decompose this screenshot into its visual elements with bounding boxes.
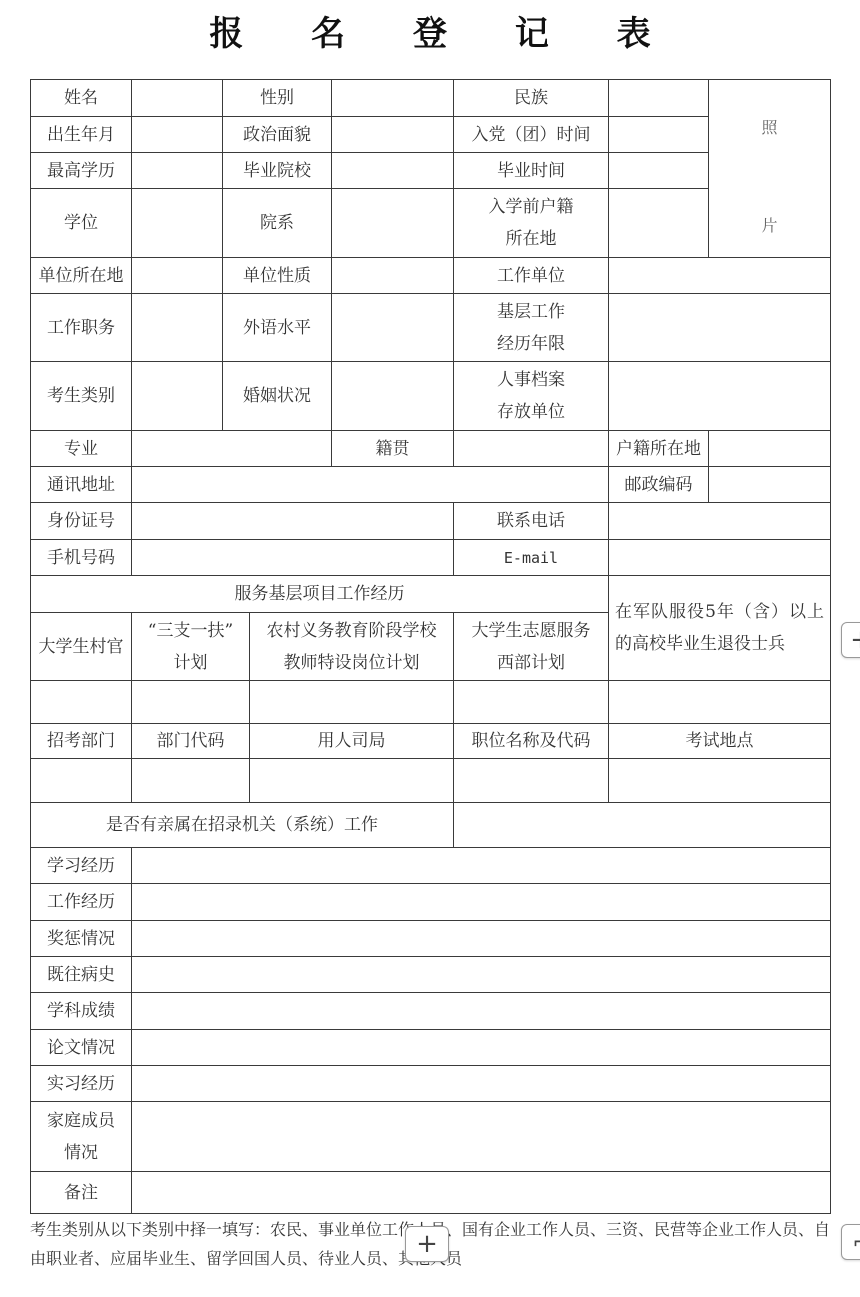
papers-field[interactable] [131, 1029, 831, 1066]
label-address: 通讯地址 [30, 466, 132, 503]
add-button[interactable]: + [405, 1226, 449, 1262]
work-unit-field[interactable] [608, 257, 831, 294]
label-papers: 论文情况 [30, 1029, 132, 1066]
gender-field[interactable] [331, 79, 454, 117]
school-field[interactable] [331, 152, 454, 189]
label-study-history: 学习经历 [30, 847, 132, 884]
medical-history-field[interactable] [131, 956, 831, 993]
label-pre-hukou: 入学前户籍 所在地 [453, 188, 609, 258]
label-work-history: 工作经历 [30, 883, 132, 921]
three-supports-field[interactable] [131, 680, 250, 724]
relatives-field[interactable] [453, 802, 831, 848]
unit-location-field[interactable] [131, 257, 223, 294]
rural-teacher-field[interactable] [249, 680, 454, 724]
position-field[interactable] [131, 293, 223, 362]
address-field[interactable] [131, 466, 609, 503]
label-gender: 性别 [222, 79, 332, 117]
label-three-supports: “三支一扶” 计划 [131, 612, 250, 681]
label-exam-location: 考试地点 [608, 723, 831, 759]
label-hiring-bureau: 用人司局 [249, 723, 454, 759]
party-time-field[interactable] [608, 116, 709, 153]
language-field[interactable] [331, 293, 454, 362]
label-remarks: 备注 [30, 1171, 132, 1214]
label-mobile: 手机号码 [30, 539, 132, 576]
remarks-field[interactable] [131, 1171, 831, 1214]
study-history-field[interactable] [131, 847, 831, 884]
label-grassroots-years: 基层工作 经历年限 [453, 293, 609, 362]
name-field[interactable] [131, 79, 223, 117]
western-volunteer-field[interactable] [453, 680, 609, 724]
label-name: 姓名 [30, 79, 132, 117]
add-row-button[interactable]: + [841, 622, 860, 658]
label-archive-unit: 人事档案 存放单位 [453, 361, 609, 431]
label-postcode: 邮政编码 [608, 466, 709, 503]
label-party-time: 入党（团）时间 [453, 116, 609, 153]
label-major: 专业 [30, 430, 132, 467]
photo-box[interactable]: 照 片 [708, 79, 831, 258]
label-marital: 婚姻状况 [222, 361, 332, 431]
birth-field[interactable] [131, 116, 223, 153]
label-family: 家庭成员 情况 [30, 1101, 132, 1172]
label-dept-code: 部门代码 [131, 723, 250, 759]
label-email: E-mail [453, 539, 609, 576]
label-rewards: 奖惩情况 [30, 920, 132, 957]
label-contact-phone: 联系电话 [453, 502, 609, 540]
label-ethnicity: 民族 [453, 79, 609, 117]
postcode-field[interactable] [708, 466, 831, 503]
service-experience-header: 服务基层项目工作经历 [30, 575, 609, 613]
label-department: 院系 [222, 188, 332, 258]
label-medical-history: 既往病史 [30, 956, 132, 993]
marital-field[interactable] [331, 361, 454, 431]
label-unit-location: 单位所在地 [30, 257, 132, 294]
label-village-official: 大学生村官 [30, 612, 132, 681]
hukou-location-field[interactable] [708, 430, 831, 467]
label-rural-teacher: 农村义务教育阶段学校 教师特设岗位计划 [249, 612, 454, 681]
mobile-field[interactable] [131, 539, 454, 576]
label-hukou-location: 户籍所在地 [608, 430, 709, 467]
position-code-field[interactable] [453, 758, 609, 803]
photo-label-top: 照 [709, 112, 830, 144]
label-language: 外语水平 [222, 293, 332, 362]
candidate-type-field[interactable] [131, 361, 223, 431]
work-history-field[interactable] [131, 883, 831, 921]
dept-code-field[interactable] [131, 758, 250, 803]
label-id-number: 身份证号 [30, 502, 132, 540]
internship-field[interactable] [131, 1065, 831, 1102]
education-field[interactable] [131, 152, 223, 189]
label-military-veteran: 在军队服役5年（含）以上的高校毕业生退役士兵 [608, 575, 831, 681]
label-degree: 学位 [30, 188, 132, 258]
native-place-field[interactable] [453, 430, 609, 467]
grades-field[interactable] [131, 992, 831, 1030]
label-native-place: 籍贯 [331, 430, 454, 467]
label-birth: 出生年月 [30, 116, 132, 153]
label-political: 政治面貌 [222, 116, 332, 153]
label-recruit-dept: 招考部门 [30, 723, 132, 759]
id-number-field[interactable] [131, 502, 454, 540]
unit-nature-field[interactable] [331, 257, 454, 294]
grad-time-field[interactable] [608, 152, 709, 189]
village-official-field[interactable] [30, 680, 132, 724]
photo-label-bottom: 片 [709, 210, 830, 242]
label-work-unit: 工作单位 [453, 257, 609, 294]
label-unit-nature: 单位性质 [222, 257, 332, 294]
label-position-code: 职位名称及代码 [453, 723, 609, 759]
ethnicity-field[interactable] [608, 79, 709, 117]
label-western-volunteer: 大学生志愿服务 西部计划 [453, 612, 609, 681]
label-relatives: 是否有亲属在招录机关（系统）工作 [30, 802, 454, 848]
label-internship: 实习经历 [30, 1065, 132, 1102]
email-field[interactable] [608, 539, 831, 576]
major-field[interactable] [131, 430, 332, 467]
label-candidate-type: 考生类别 [30, 361, 132, 431]
contact-phone-field[interactable] [608, 502, 831, 540]
political-field[interactable] [331, 116, 454, 153]
exam-location-field[interactable] [608, 758, 831, 803]
label-grad-time: 毕业时间 [453, 152, 609, 189]
pre-hukou-field[interactable] [608, 188, 709, 258]
hiring-bureau-field[interactable] [249, 758, 454, 803]
label-position: 工作职务 [30, 293, 132, 362]
military-veteran-field[interactable] [608, 680, 831, 724]
rewards-field[interactable] [131, 920, 831, 957]
registration-form-table: 姓名 性别 民族 照 片 出生年月 政治面貌 入党（团）时间 最高学历 毕业院校… [0, 0, 860, 1297]
grassroots-years-field[interactable] [608, 293, 831, 362]
label-education: 最高学历 [30, 152, 132, 189]
department-field[interactable] [331, 188, 454, 258]
label-school: 毕业院校 [222, 152, 332, 189]
archive-unit-field[interactable] [608, 361, 831, 431]
corner-handle-icon[interactable]: ⌐ [841, 1224, 860, 1260]
degree-field[interactable] [131, 188, 223, 258]
family-field[interactable] [131, 1101, 831, 1172]
recruit-dept-field[interactable] [30, 758, 132, 803]
label-grades: 学科成绩 [30, 992, 132, 1030]
